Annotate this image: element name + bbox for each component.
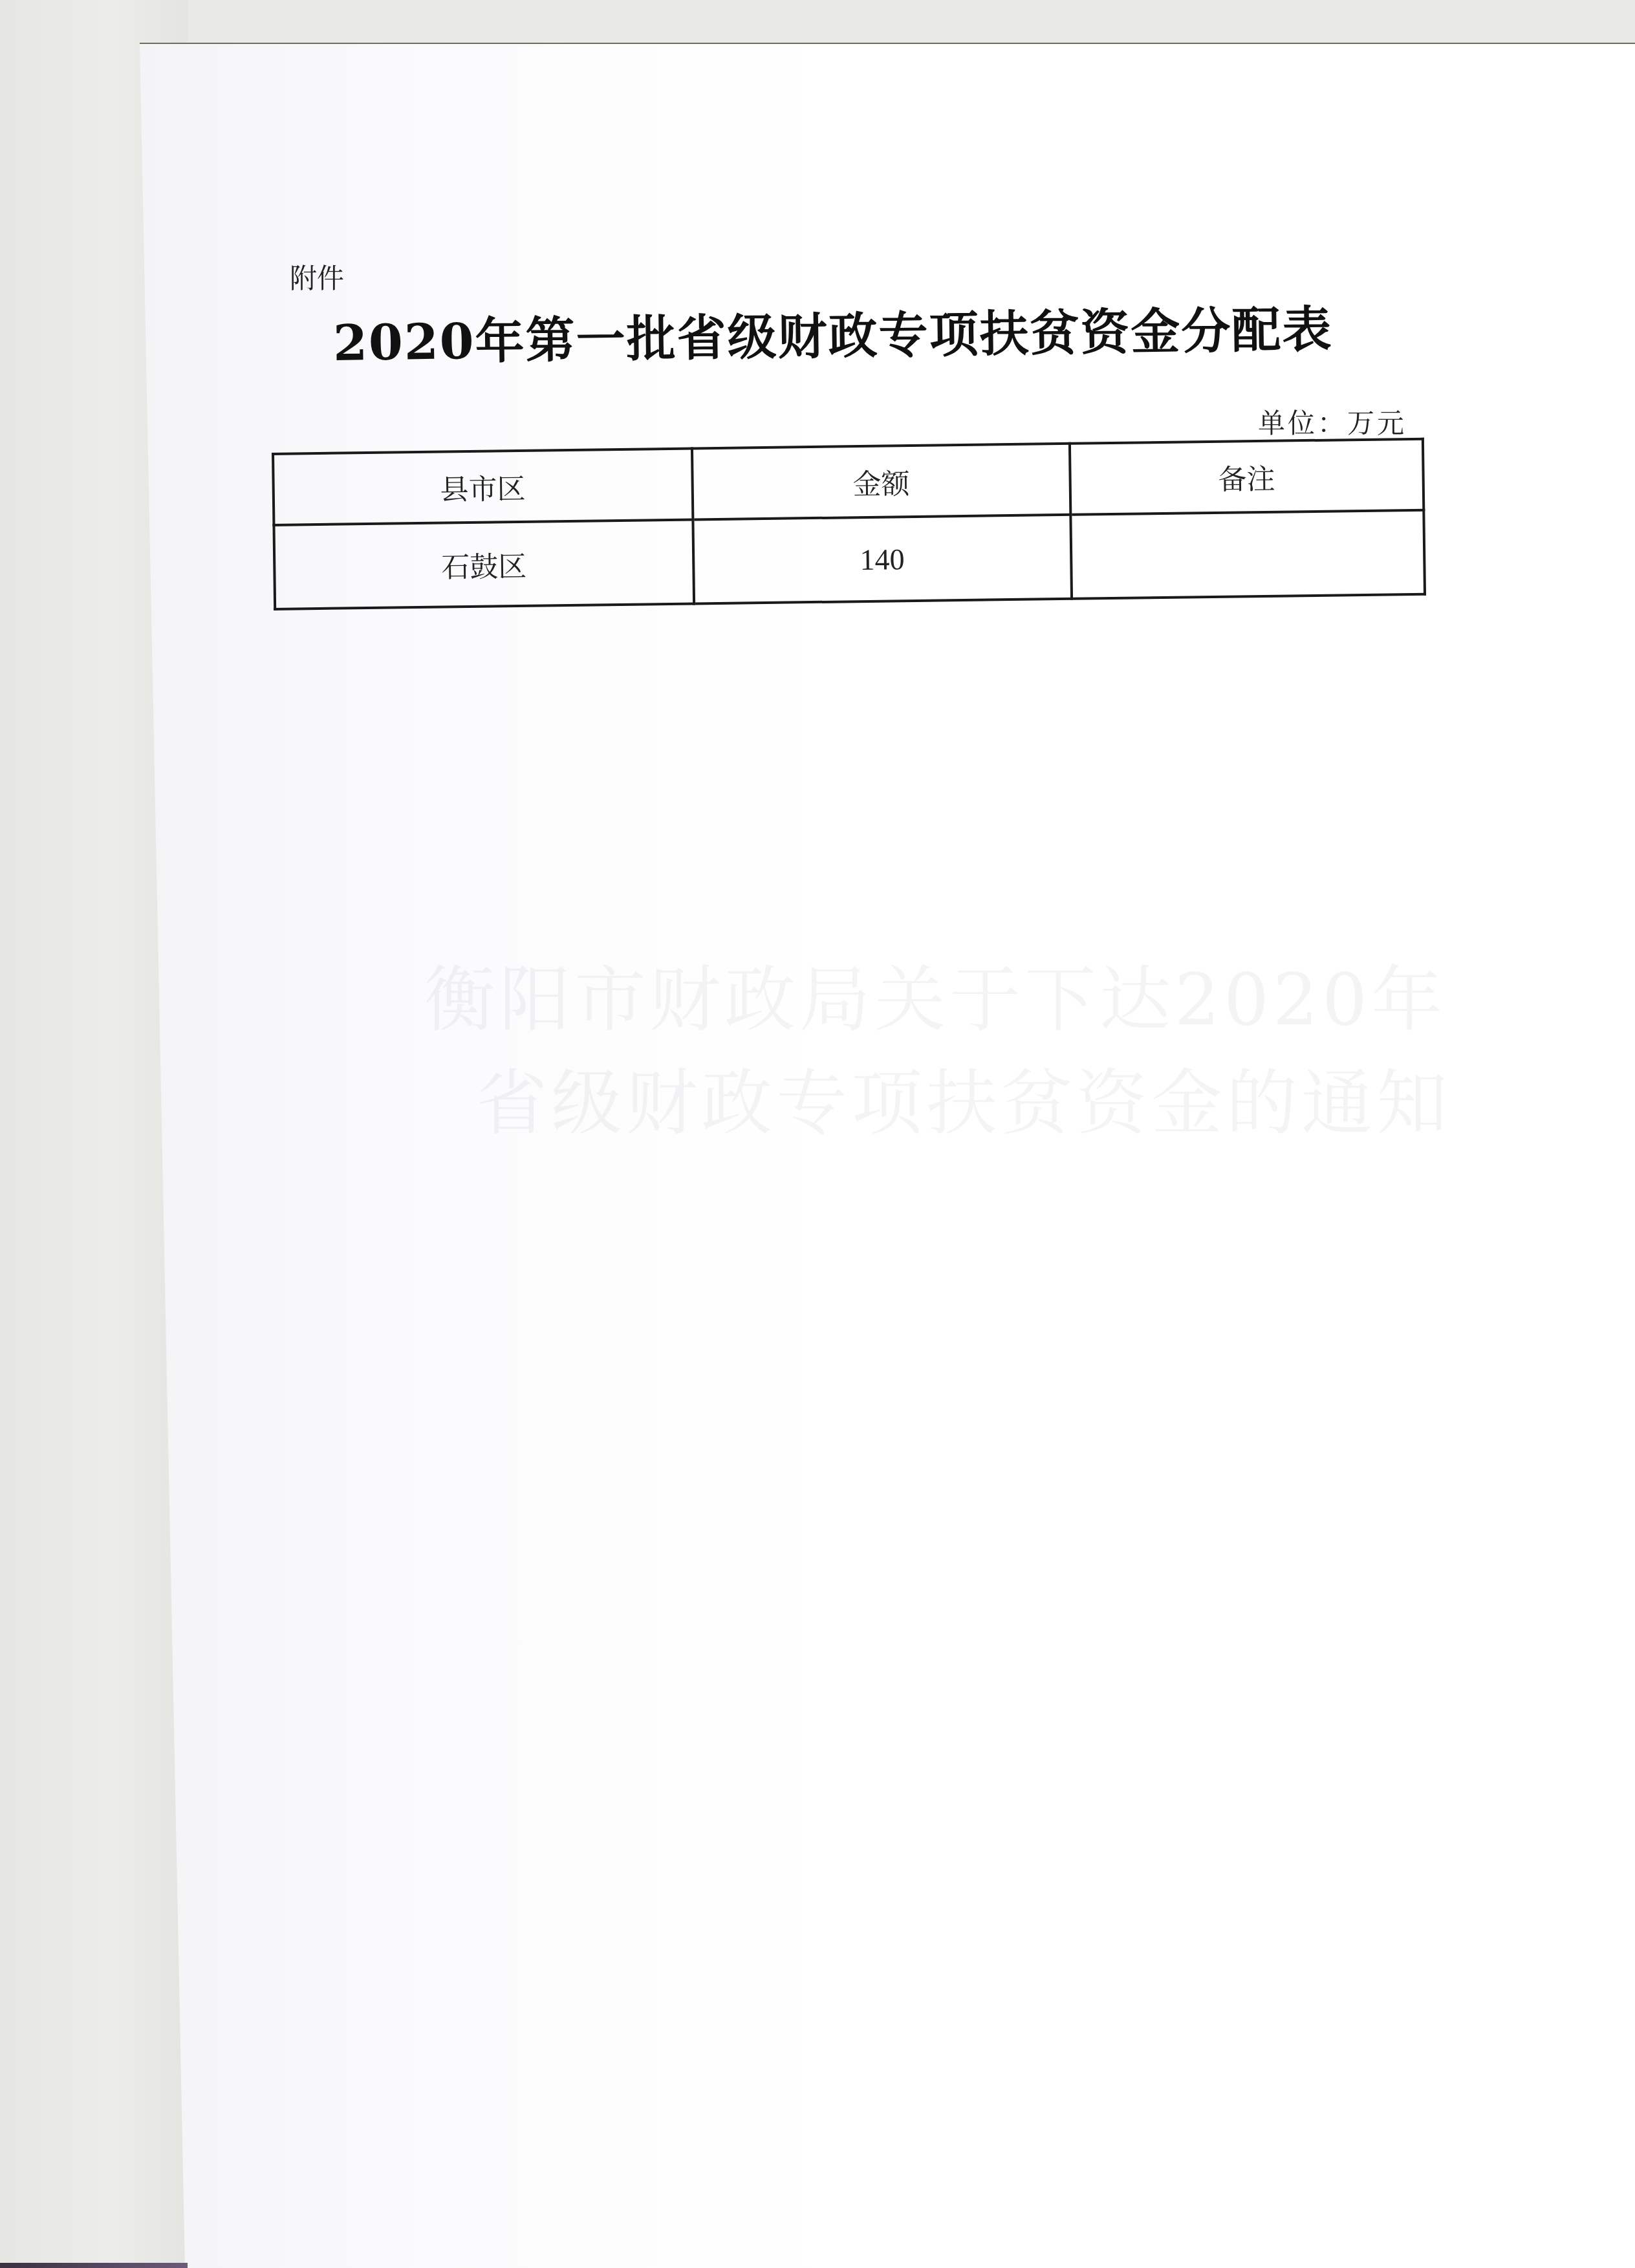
unit-label: 单位：万元 xyxy=(1258,402,1407,441)
attachment-label: 附件 xyxy=(290,257,344,296)
document-page: 衡阳市财政局关于下达2020年 省级财政专项扶贫资金的通知 xyxy=(140,43,1635,2268)
cell-region: 石鼓区 xyxy=(274,519,693,609)
bleed-through-text: 省级财政专项扶贫资金的通知 xyxy=(476,1046,1451,1149)
document-title: 2020年第一批省级财政专项扶贫资金分配表 xyxy=(332,290,1333,374)
allocation-table: 县市区 金额 备注 石鼓区 140 xyxy=(272,438,1426,610)
table-row: 石鼓区 140 xyxy=(274,510,1425,609)
header-remark: 备注 xyxy=(1070,439,1424,515)
cell-amount: 140 xyxy=(693,515,1072,604)
header-amount: 金额 xyxy=(692,444,1070,520)
bleed-through-text: 衡阳市财政局关于下达2020年 xyxy=(424,943,1446,1045)
header-region: 县市区 xyxy=(273,448,693,524)
cell-remark xyxy=(1070,510,1425,599)
scan-edge-artifact xyxy=(0,2263,188,2268)
